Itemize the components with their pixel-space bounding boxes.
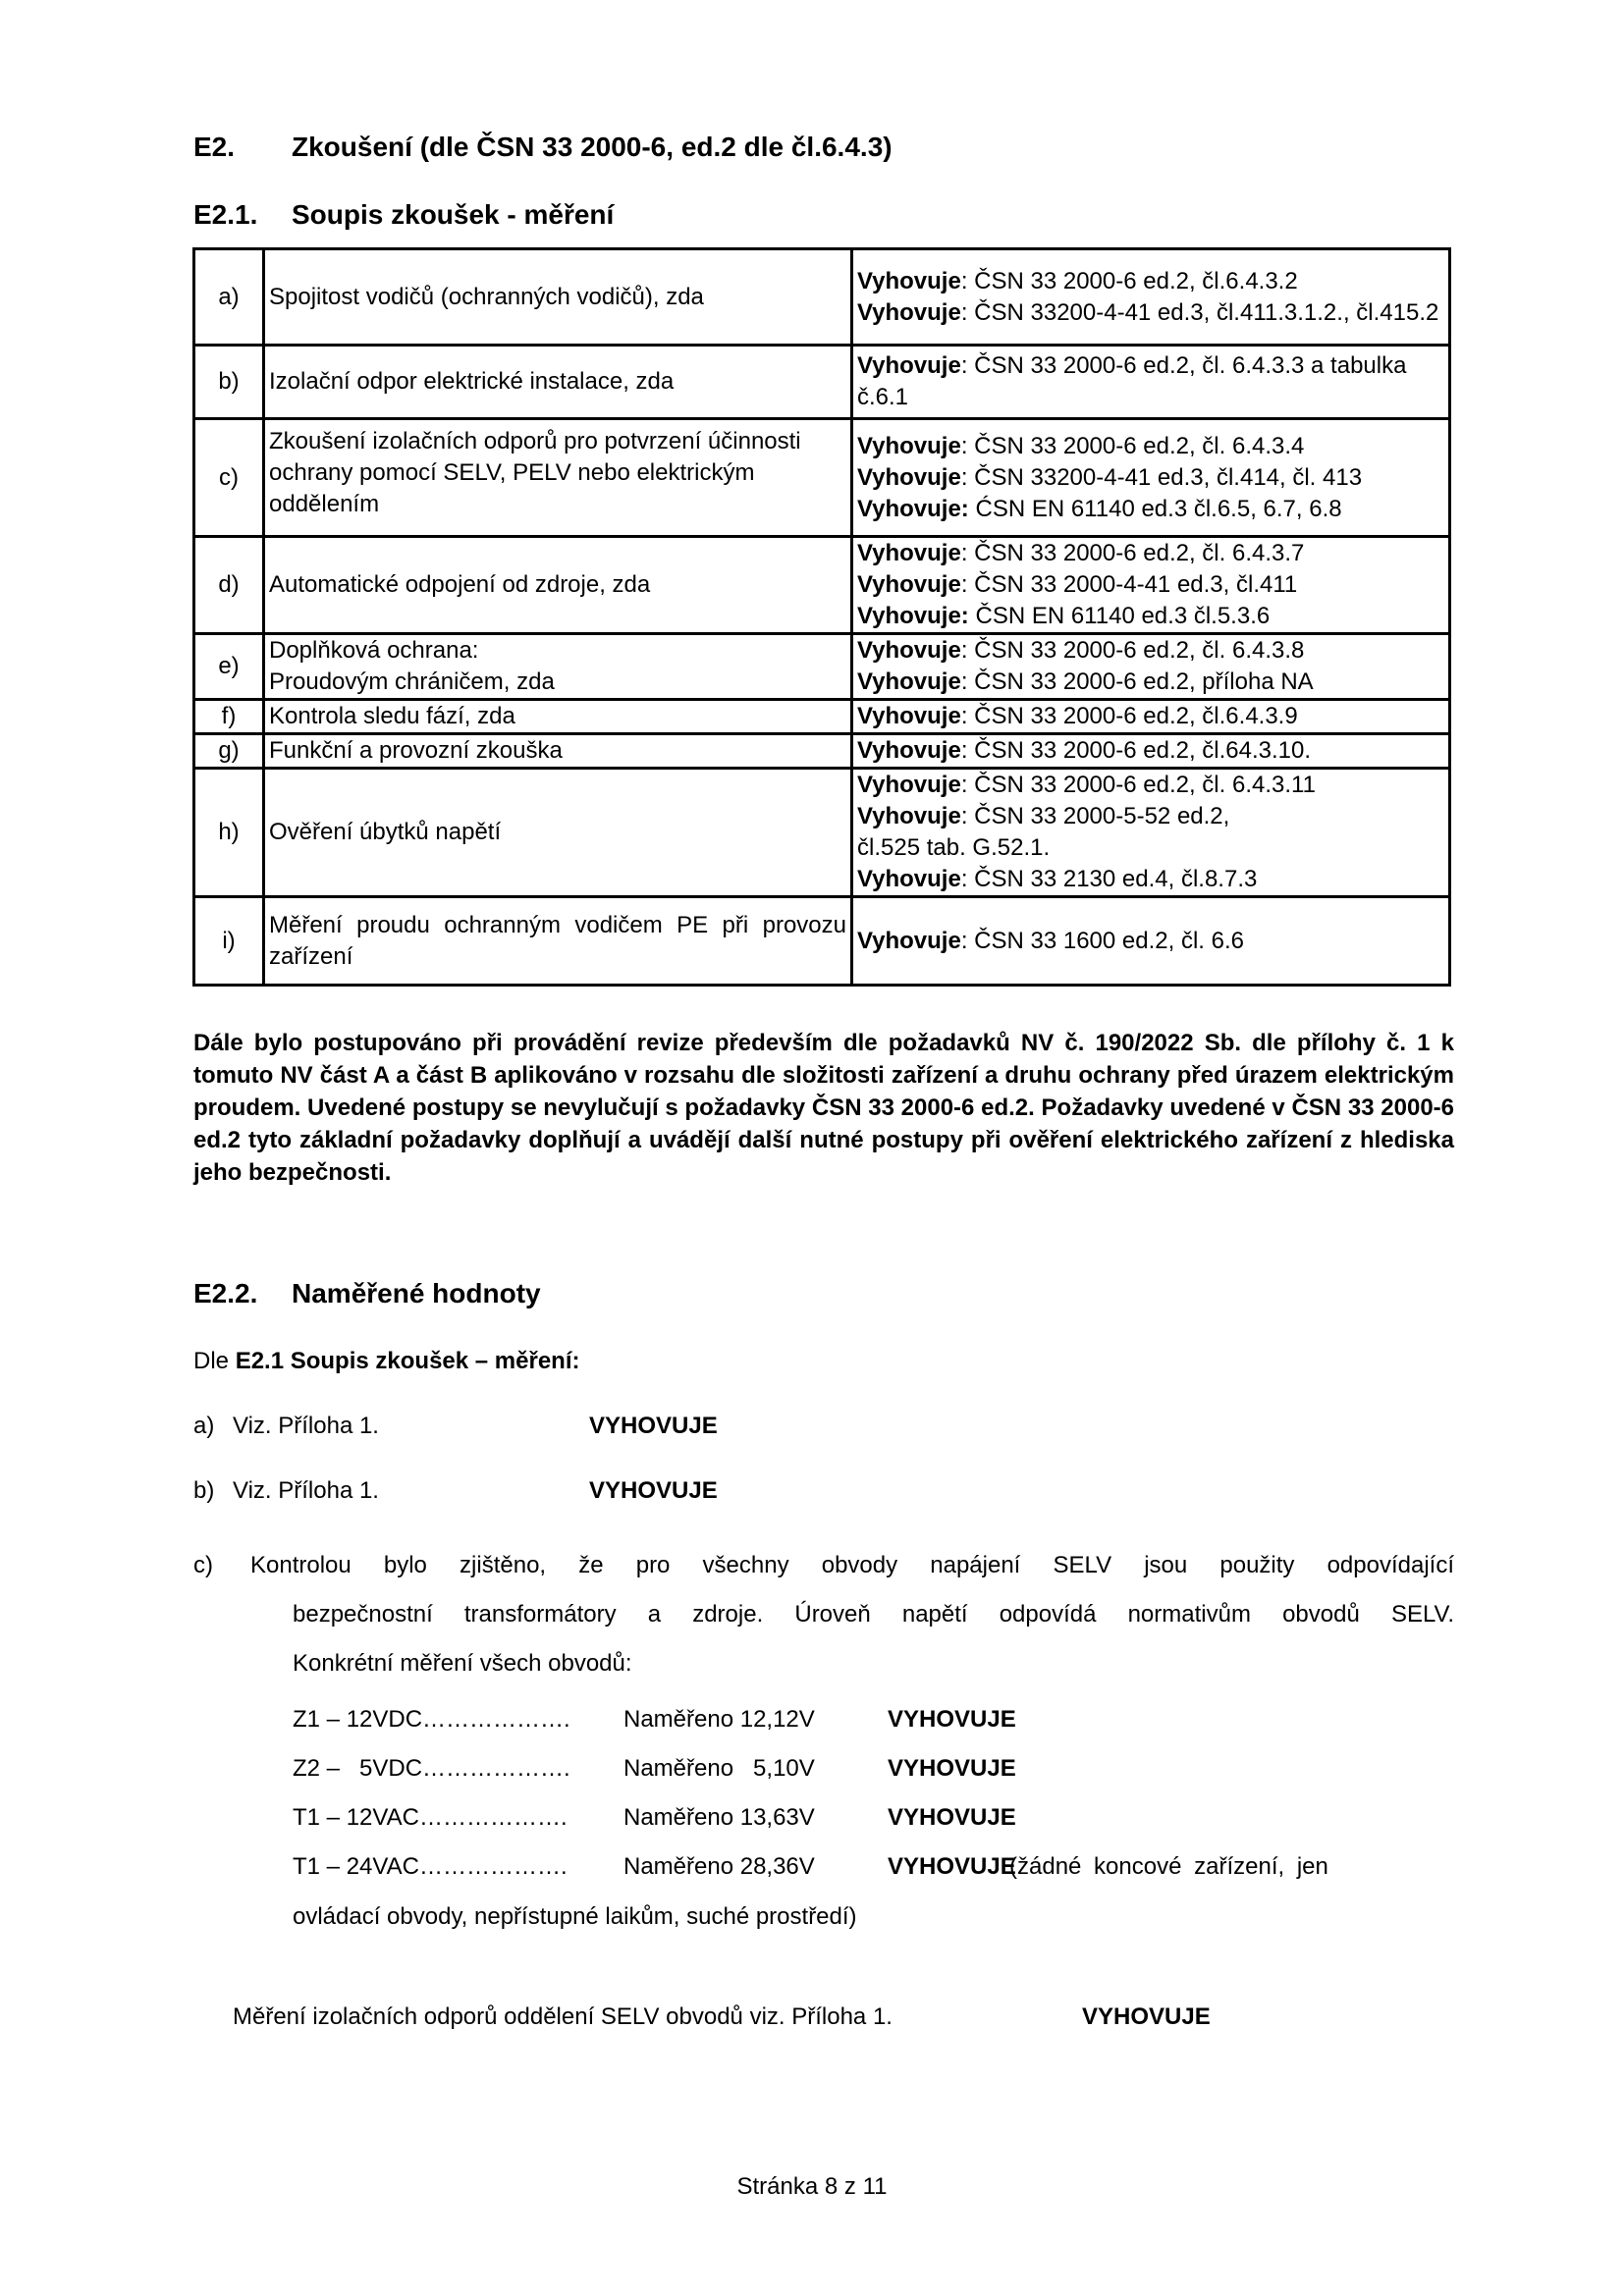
subsection-heading-e21: E2.1.Soupis zkoušek - měření <box>193 199 614 231</box>
measurement-circuit: Z2 – 5VDC………………. <box>293 1754 570 1784</box>
measurement-note-continuation: ovládací obvody, nepřístupné laikům, suc… <box>293 1902 857 1932</box>
selv-isolation-line: Měření izolačních odporů oddělení SELV o… <box>233 2002 1215 2032</box>
norm-text: ČSN 33 2000-6 ed.2, čl. 6.4.3.4 <box>967 433 1304 459</box>
norm-label: Vyhovuje <box>857 352 961 379</box>
norm-label: Vyhovuje <box>857 433 961 459</box>
row-letter: c) <box>194 419 264 537</box>
result-letter: b) <box>193 1476 233 1506</box>
row-description: Doplňková ochrana: Proudovým chráničem, … <box>264 634 852 700</box>
table-row: e) Doplňková ochrana: Proudovým chrániče… <box>194 634 1450 700</box>
norm-label: Vyhovuje <box>857 571 961 598</box>
measurement-circuit: T1 – 24VAC………………. <box>293 1852 568 1882</box>
subsection-number: E2.1. <box>193 199 292 231</box>
result-status: VYHOVUJE <box>589 1476 718 1506</box>
row-norms: Vyhovuje: ČSN 33 2000-6 ed.2, čl.6.4.3.2… <box>852 249 1450 346</box>
result-status: VYHOVUJE <box>589 1412 718 1441</box>
subsection-heading-e22: E2.2.Naměřené hodnoty <box>193 1278 541 1309</box>
selv-isolation-text: Měření izolačních odporů oddělení SELV o… <box>233 2003 893 2030</box>
row-description: Měření proudu ochranným vodičem PE při p… <box>264 897 852 986</box>
norm-label: Vyhovuje <box>857 772 961 798</box>
norm-label: Vyhovuje <box>857 928 961 954</box>
result-c-text: Kontrolou bylo zjištěno, že pro všechny … <box>250 1552 1454 1578</box>
row-description: Spojitost vodičů (ochranných vodičů), zd… <box>264 249 852 346</box>
norm-label: Vyhovuje: <box>857 603 969 629</box>
norm-text: ČSN 33 2000-6 ed.2, čl. 6.4.3.11 <box>967 772 1315 798</box>
norm-text: ČSN EN 61140 ed.3 čl.5.3.6 <box>969 603 1270 629</box>
table-row: g) Funkční a provozní zkouška Vyhovuje: … <box>194 734 1450 769</box>
row-letter: a) <box>194 249 264 346</box>
result-text: Viz. Příloha 1. <box>233 1413 379 1439</box>
subsection-number: E2.2. <box>193 1278 292 1309</box>
selv-isolation-status: VYHOVUJE <box>1082 2002 1211 2032</box>
measurement-circuit: Z1 – 12VDC………………. <box>293 1705 570 1735</box>
row-description: Zkoušení izolačních odporů pro potvrzení… <box>264 419 852 537</box>
measurement-status: VYHOVUJE <box>888 1754 1016 1784</box>
measurement-status: VYHOVUJE <box>888 1803 1016 1833</box>
table-row: a) Spojitost vodičů (ochranných vodičů),… <box>194 249 1450 346</box>
row-norms: Vyhovuje: ČSN 33 2000-6 ed.2, čl.64.3.10… <box>852 734 1450 769</box>
row-description: Funkční a provozní zkouška <box>264 734 852 769</box>
norm-label: Vyhovuje: <box>857 496 969 522</box>
row-letter: g) <box>194 734 264 769</box>
measurement-value: Naměřeno 12,12V <box>623 1705 815 1735</box>
page-number: Stránka 8 z 11 <box>0 2172 1624 2202</box>
norm-text: ČSN 33 2000-4-41 ed.3, čl.411 <box>967 571 1297 598</box>
row-norms: Vyhovuje: ČSN 33 2000-6 ed.2, čl. 6.4.3.… <box>852 537 1450 634</box>
norm-text: ČSN 33 2000-6 ed.2, příloha NA <box>967 668 1313 695</box>
norm-text: ČSN 33 2000-6 ed.2, čl.64.3.10. <box>967 737 1311 764</box>
norm-text: ČSN 33200-4-41 ed.3, čl.414, čl. 413 <box>967 464 1362 491</box>
norm-text: ČSN 33 2000-6 ed.2, čl. 6.4.3.7 <box>967 540 1304 566</box>
measurement-value: Naměřeno 5,10V <box>623 1754 815 1784</box>
row-letter: i) <box>194 897 264 986</box>
result-text: Viz. Příloha 1. <box>233 1477 379 1504</box>
row-description: Automatické odpojení od zdroje, zda <box>264 537 852 634</box>
table-row: i) Měření proudu ochranným vodičem PE př… <box>194 897 1450 986</box>
section-number: E2. <box>193 132 292 163</box>
row-norms: Vyhovuje: ČSN 33 2000-6 ed.2, čl. 6.4.3.… <box>852 346 1450 419</box>
row-norms: Vyhovuje: ČSN 33 2000-6 ed.2, čl.6.4.3.9 <box>852 700 1450 734</box>
norm-text: ČSN 33 1600 ed.2, čl. 6.6 <box>967 928 1244 954</box>
table-row: b) Izolační odpor elektrické instalace, … <box>194 346 1450 419</box>
row-letter: e) <box>194 634 264 700</box>
norm-label: Vyhovuje <box>857 803 961 829</box>
norm-text: ČSN 33 2000-6 ed.2, čl. 6.4.3.8 <box>967 637 1304 664</box>
result-c-line-3: Konkrétní měření všech obvodů: <box>193 1639 1454 1688</box>
norm-label: Vyhovuje <box>857 540 961 566</box>
measurement-status: VYHOVUJE <box>888 1852 1016 1882</box>
norm-text: ČSN 33 2000-6 ed.2, čl.6.4.3.9 <box>967 703 1297 729</box>
row-description: Kontrola sledu fází, zda <box>264 700 852 734</box>
row-letter: b) <box>194 346 264 419</box>
norm-label: Vyhovuje <box>857 299 961 326</box>
row-norms: Vyhovuje: ČSN 33 2000-6 ed.2, čl. 6.4.3.… <box>852 419 1450 537</box>
table-row: f) Kontrola sledu fází, zda Vyhovuje: ČS… <box>194 700 1450 734</box>
result-letter: c) <box>193 1541 250 1590</box>
result-c-line-1: c)Kontrolou bylo zjištěno, že pro všechn… <box>193 1541 1454 1590</box>
norm-text: ČSN 33 2130 ed.4, čl.8.7.3 <box>967 866 1257 892</box>
table-row: c) Zkoušení izolačních odporů pro potvrz… <box>194 419 1450 537</box>
table-row: d) Automatické odpojení od zdroje, zda V… <box>194 537 1450 634</box>
subsection-title: Soupis zkoušek - měření <box>292 199 614 230</box>
row-letter: d) <box>194 537 264 634</box>
description-line: Doplňková ochrana: <box>269 635 846 667</box>
measurement-note: (žádné koncové zařízení, jen <box>1009 1852 1328 1882</box>
norm-label: Vyhovuje <box>857 703 961 729</box>
intro-reference: E2.1 Soupis zkoušek – měření: <box>236 1348 580 1374</box>
intro-line: Dle E2.1 Soupis zkoušek – měření: <box>193 1347 580 1376</box>
description-line: Proudovým chráničem, zda <box>269 667 846 698</box>
norm-text: ČSN 33 2000-6 ed.2, čl.6.4.3.2 <box>967 268 1297 294</box>
measurement-value: Naměřeno 13,63V <box>623 1803 815 1833</box>
row-description: Izolační odpor elektrické instalace, zda <box>264 346 852 419</box>
row-norms: Vyhovuje: ČSN 33 2000-6 ed.2, čl. 6.4.3.… <box>852 634 1450 700</box>
row-letter: h) <box>194 769 264 897</box>
tests-table: a) Spojitost vodičů (ochranných vodičů),… <box>192 247 1451 987</box>
measurement-status: VYHOVUJE <box>888 1705 1016 1735</box>
intro-prefix: Dle <box>193 1348 236 1374</box>
regulation-paragraph: Dále bylo postupováno při provádění revi… <box>193 1027 1454 1189</box>
section-title: Zkoušení (dle ČSN 33 2000-6, ed.2 dle čl… <box>292 132 893 162</box>
result-letter: a) <box>193 1412 233 1441</box>
subsection-title: Naměřené hodnoty <box>292 1278 541 1308</box>
norm-label: Vyhovuje <box>857 668 961 695</box>
row-description: Ověření úbytků napětí <box>264 769 852 897</box>
result-a: a)Viz. Příloha 1. VYHOVUJE <box>193 1412 1077 1441</box>
measurement-value: Naměřeno 28,36V <box>623 1852 815 1882</box>
row-norms: Vyhovuje: ČSN 33 1600 ed.2, čl. 6.6 <box>852 897 1450 986</box>
result-c: c)Kontrolou bylo zjištěno, že pro všechn… <box>193 1541 1454 1688</box>
row-letter: f) <box>194 700 264 734</box>
norm-label: Vyhovuje <box>857 866 961 892</box>
norm-text: ĆSN EN 61140 ed.3 čl.6.5, 6.7, 6.8 <box>969 496 1342 522</box>
table-row: h) Ověření úbytků napětí Vyhovuje: ČSN 3… <box>194 769 1450 897</box>
norm-text: ČSN 33200-4-41 ed.3, čl.411.3.1.2., čl.4… <box>967 299 1438 326</box>
norm-label: Vyhovuje <box>857 737 961 764</box>
measurement-circuit: T1 – 12VAC………………. <box>293 1803 568 1833</box>
row-norms: Vyhovuje: ČSN 33 2000-6 ed.2, čl. 6.4.3.… <box>852 769 1450 897</box>
norm-label: Vyhovuje <box>857 637 961 664</box>
result-c-line-2: bezpečnostní transformátory a zdroje. Úr… <box>193 1590 1454 1639</box>
result-b: b)Viz. Příloha 1. VYHOVUJE <box>193 1476 1077 1506</box>
section-heading: E2.Zkoušení (dle ČSN 33 2000-6, ed.2 dle… <box>193 132 893 163</box>
norm-label: Vyhovuje <box>857 268 961 294</box>
norm-label: Vyhovuje <box>857 464 961 491</box>
